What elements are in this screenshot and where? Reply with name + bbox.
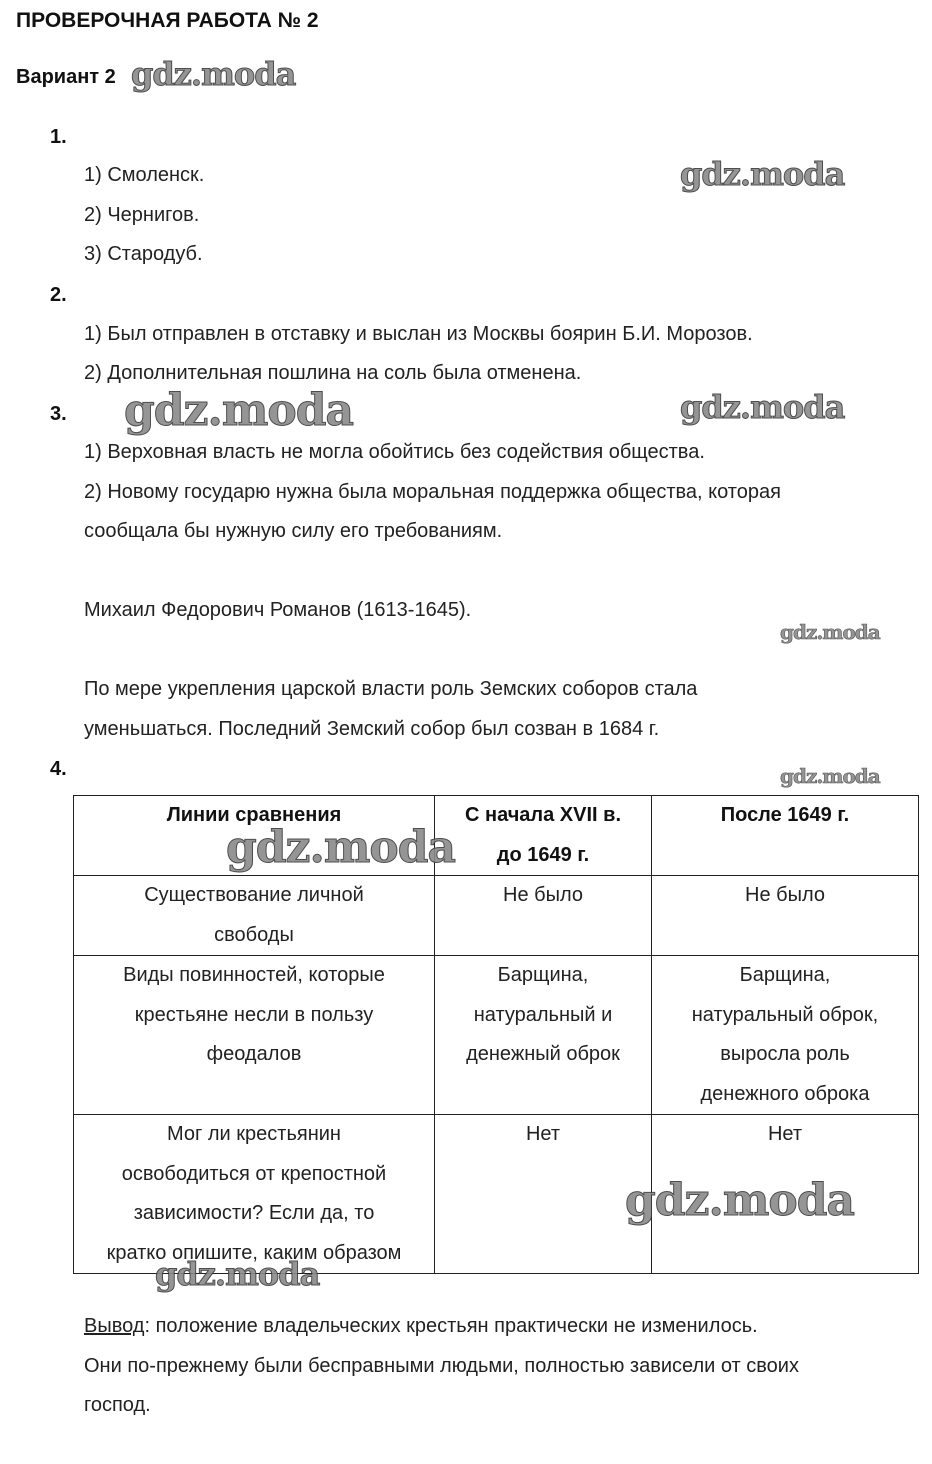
conclusion-text: : положение владельческих крестьян практ…: [144, 1315, 757, 1337]
variant-label: Вариант 2: [16, 66, 116, 89]
table-cell: Не было: [435, 876, 652, 956]
table-cell: Существование личной свободы: [74, 876, 435, 956]
question-3-answer-2-cont: сообщала бы нужную силу его требованиям.: [84, 520, 502, 543]
conclusion-label: Вывод: [84, 1315, 144, 1337]
watermark-logo: gdz.moda: [780, 620, 880, 644]
question-3-note-2: уменьшаться. Последний Земский собор был…: [84, 718, 659, 741]
table-cell: Нет: [435, 1115, 652, 1274]
question-1-answer-3: 3) Стародуб.: [84, 243, 203, 266]
table-cell: Мог ли крестьянин освободиться от крепос…: [74, 1115, 435, 1274]
question-2-answer-2: 2) Дополнительная пошлина на соль была о…: [84, 362, 581, 385]
conclusion-line-3: господ.: [84, 1394, 151, 1417]
question-3-number: 3.: [50, 403, 67, 426]
table-row: Существование личной свободы Не было Не …: [74, 876, 919, 956]
question-3-answer-1: 1) Верховная власть не могла обойтись бе…: [84, 441, 705, 464]
comparison-table: Линии сравнения С начала XVII в. до 1649…: [73, 795, 919, 1274]
watermark-logo: gdz.moda: [680, 155, 844, 193]
question-4-number: 4.: [50, 758, 67, 781]
conclusion-line-1: Вывод: положение владельческих крестьян …: [84, 1315, 758, 1338]
question-3-note-1: По мере укрепления царской власти роль З…: [84, 678, 697, 701]
table-cell: Нет: [652, 1115, 919, 1274]
table-header-row: Линии сравнения С начала XVII в. до 1649…: [74, 796, 919, 876]
question-1-number: 1.: [50, 126, 67, 149]
watermark-logo: gdz.moda: [124, 385, 353, 436]
watermark-logo: gdz.moda: [680, 388, 844, 426]
table-header-cell: Линии сравнения: [74, 796, 435, 876]
question-1-answer-2: 2) Чернигов.: [84, 204, 199, 227]
page-title: ПРОВЕРОЧНАЯ РАБОТА № 2: [16, 9, 319, 33]
watermark-logo: gdz.moda: [131, 55, 295, 93]
table-header-cell: С начала XVII в. до 1649 г.: [435, 796, 652, 876]
table-row: Мог ли крестьянин освободиться от крепос…: [74, 1115, 919, 1274]
table-header-cell: После 1649 г.: [652, 796, 919, 876]
question-1-answer-1: 1) Смоленск.: [84, 164, 204, 187]
conclusion-line-2: Они по-прежнему были бесправными людьми,…: [84, 1355, 799, 1378]
question-2-number: 2.: [50, 284, 67, 307]
watermark-logo: gdz.moda: [780, 764, 880, 788]
table-row: Виды повинностей, которые крестьяне несл…: [74, 956, 919, 1115]
question-2-answer-1: 1) Был отправлен в отставку и выслан из …: [84, 323, 753, 346]
table-cell: Барщина, натуральный оброк, выросла роль…: [652, 956, 919, 1115]
table-cell: Не было: [652, 876, 919, 956]
question-3-tsar: Михаил Федорович Романов (1613-1645).: [84, 599, 471, 622]
question-3-answer-2: 2) Новому государю нужна была моральная …: [84, 481, 781, 504]
table-cell: Барщина, натуральный и денежный оброк: [435, 956, 652, 1115]
table-cell: Виды повинностей, которые крестьяне несл…: [74, 956, 435, 1115]
